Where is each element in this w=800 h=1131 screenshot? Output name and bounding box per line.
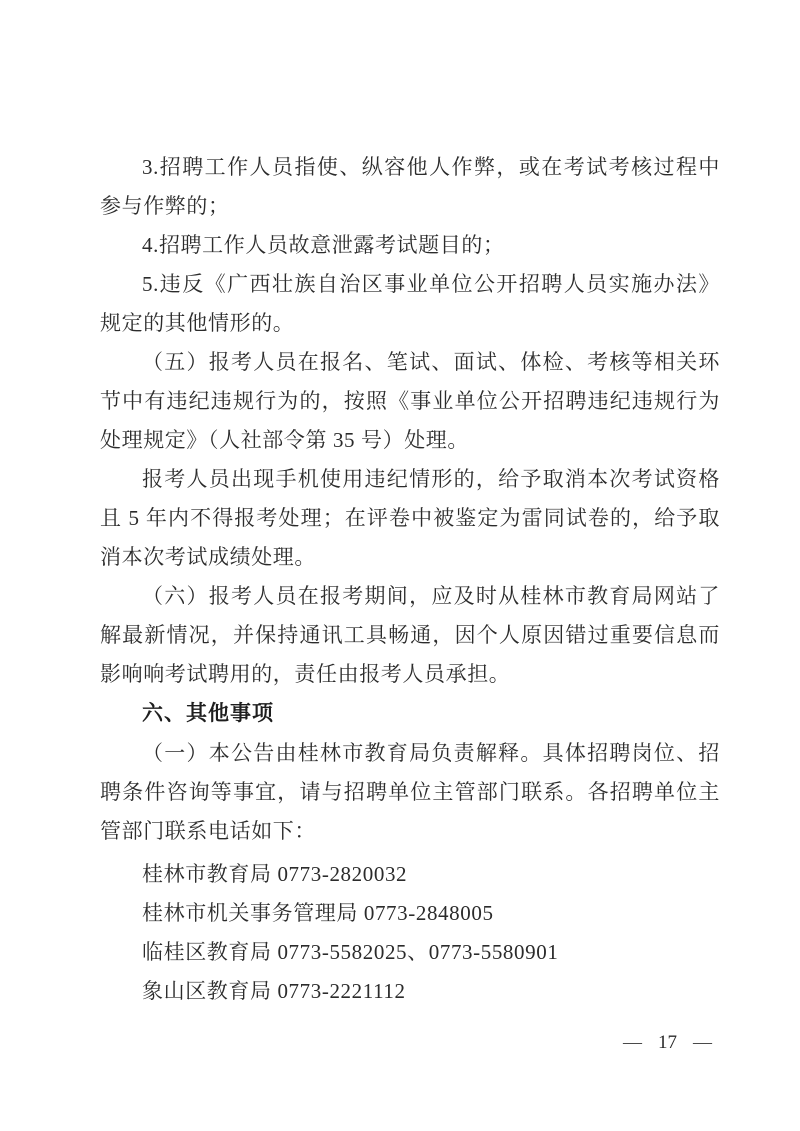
contact-line-guilin-agency-affairs: 桂林市机关事务管理局 0773-2848005 (100, 894, 720, 933)
paragraph-rule-5: 5.违反《广西壮族自治区事业单位公开招聘人员实施办法》规定的其他情形的。 (100, 265, 720, 343)
paragraph-rule-3: 3.招聘工作人员指使、纵容他人作弊，或在考试考核过程中参与作弊的； (100, 148, 720, 226)
document-page: 3.招聘工作人员指使、纵容他人作弊，或在考试考核过程中参与作弊的； 4.招聘工作… (0, 0, 800, 1131)
page-number-dash-right: — (693, 1032, 712, 1053)
page-footer: —17— (623, 1031, 712, 1055)
page-number-dash-left: — (623, 1032, 642, 1053)
contact-line-xiangshan-education: 象山区教育局 0773-2221112 (100, 972, 720, 1011)
contact-line-guilin-education: 桂林市教育局 0773-2820032 (100, 855, 720, 894)
contact-line-lingui-education: 临桂区教育局 0773-5582025、0773-5580901 (100, 933, 720, 972)
document-body: 3.招聘工作人员指使、纵容他人作弊，或在考试考核过程中参与作弊的； 4.招聘工作… (100, 148, 720, 1011)
contact-list: 桂林市教育局 0773-2820032 桂林市机关事务管理局 0773-2848… (100, 855, 720, 1011)
page-number: 17 (658, 1032, 677, 1053)
paragraph-contact-intro: （一）本公告由桂林市教育局负责解释。具体招聘岗位、招聘条件咨询等事宜，请与招聘单… (100, 734, 720, 851)
paragraph-exam-violation: 报考人员出现手机使用违纪情形的，给予取消本次考试资格且 5 年内不得报考处理；在… (100, 460, 720, 577)
paragraph-rule-4: 4.招聘工作人员故意泄露考试题目的； (100, 226, 720, 265)
paragraph-section-5: （五）报考人员在报名、笔试、面试、体检、考核等相关环节中有违纪违规行为的，按照《… (100, 343, 720, 460)
section-heading-other-matters: 六、其他事项 (100, 694, 720, 734)
paragraph-section-6: （六）报考人员在报考期间，应及时从桂林市教育局网站了解最新情况，并保持通讯工具畅… (100, 577, 720, 694)
